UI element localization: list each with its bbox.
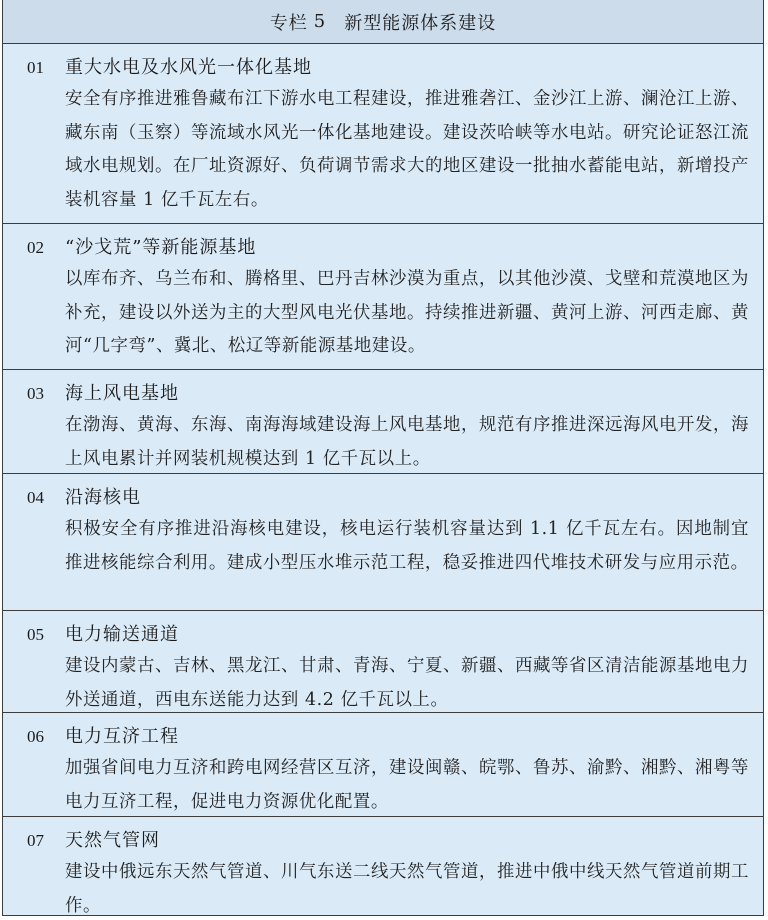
section-body: 建设内蒙古、吉林、黑龙江、甘肃、青海、宁夏、新疆、西藏等省区清洁能源基地电力外送… [65, 650, 749, 717]
section-04: 04 沿海核电 积极安全有序推进沿海核电建设，核电运行装机容量达到 1.1 亿千… [3, 474, 763, 611]
header-title: 新型能源体系建设 [344, 9, 496, 35]
section-title: 重大水电及水风光一体化基地 [65, 53, 312, 83]
section-01: 01 重大水电及水风光一体化基地 安全有序推进雅鲁藏布江下游水电工程建设，推进雅… [3, 44, 763, 224]
section-number: 02 [27, 233, 65, 263]
section-02: 02 “沙戈荒”等新能源基地 以库布齐、乌兰布和、腾格里、巴丹吉林沙漠为重点，以… [3, 224, 763, 370]
section-05: 05 电力输送通道 建设内蒙古、吉林、黑龙江、甘肃、青海、宁夏、新疆、西藏等省区… [3, 611, 763, 713]
section-title: 沿海核电 [65, 483, 141, 513]
section-title: 天然气管网 [65, 826, 160, 856]
section-body: 以库布齐、乌兰布和、腾格里、巴丹吉林沙漠为重点，以其他沙漠、戈壁和荒漠地区为补充… [65, 263, 749, 364]
header-number: 5 [314, 11, 326, 32]
section-title: “沙戈荒”等新能源基地 [65, 233, 256, 263]
section-number: 01 [27, 53, 65, 83]
section-03: 03 海上风电基地 在渤海、黄海、东海、南海海域建设海上风电基地，规范有序推进深… [3, 370, 763, 474]
feature-box: 专栏 5 新型能源体系建设 01 重大水电及水风光一体化基地 安全有序推进雅鲁藏… [2, 0, 764, 916]
section-title: 海上风电基地 [65, 379, 179, 409]
section-body: 安全有序推进雅鲁藏布江下游水电工程建设，推进雅砻江、金沙江上游、澜沧江上游、藏东… [65, 83, 749, 217]
section-title: 电力互济工程 [65, 722, 179, 752]
box-header: 专栏 5 新型能源体系建设 [3, 0, 763, 44]
section-number: 06 [27, 722, 65, 752]
section-number: 07 [27, 826, 65, 856]
section-06: 06 电力互济工程 加强省间电力互济和跨电网经营区互济，建设闽赣、皖鄂、鲁苏、渝… [3, 713, 763, 817]
section-number: 05 [27, 620, 65, 650]
header-label: 专栏 [270, 9, 308, 35]
section-body: 在渤海、黄海、东海、南海海域建设海上风电基地，规范有序推进深远海风电开发，海上风… [65, 409, 749, 476]
section-number: 04 [27, 483, 65, 513]
section-body: 积极安全有序推进沿海核电建设，核电运行装机容量达到 1.1 亿千瓦左右。因地制宜… [65, 513, 749, 580]
section-body: 建设中俄远东天然气管道、川气东送二线天然气管道，推进中俄中线天然气管道前期工作。 [65, 856, 749, 920]
section-body: 加强省间电力互济和跨电网经营区互济，建设闽赣、皖鄂、鲁苏、渝黔、湘黔、湘粤等电力… [65, 752, 749, 819]
section-07: 07 天然气管网 建设中俄远东天然气管道、川气东送二线天然气管道，推进中俄中线天… [3, 817, 763, 916]
section-title: 电力输送通道 [65, 620, 179, 650]
section-number: 03 [27, 379, 65, 409]
